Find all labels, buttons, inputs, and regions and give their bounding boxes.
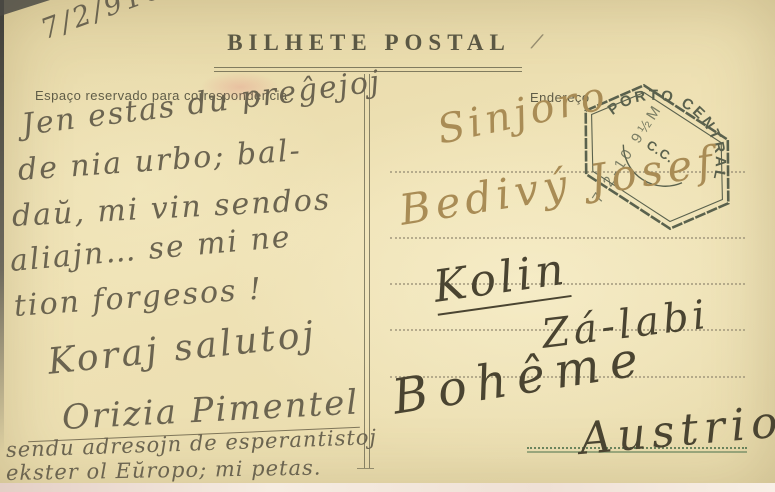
address-city: Kolin: [430, 244, 570, 313]
address-country: Austrio: [578, 396, 775, 465]
address-city-text: Kolin: [430, 244, 571, 316]
message-line: Jen estas du preĝejoj: [20, 64, 383, 143]
center-divider-rule: [364, 74, 370, 468]
message-line: tion forgesos !: [13, 272, 264, 324]
postscript-line: ekster ol Eŭropo; mi petas.: [6, 455, 322, 485]
scan-edge-left: [0, 0, 4, 492]
postcard-back: BILHETE POSTAL Espaço reservado para cor…: [0, 0, 775, 492]
handwritten-date: 7/2/910: [36, 0, 168, 46]
postscript-line: sendu adresojn de esperantistoj: [6, 425, 378, 462]
center-divider-foot: [357, 468, 374, 469]
message-line: de nia urbo; bal-: [17, 133, 303, 188]
stray-pen-mark: /: [531, 28, 543, 53]
scan-edge-bottom: [0, 483, 775, 492]
postcard-title: BILHETE POSTAL: [216, 30, 522, 56]
message-closing: Koraj salutoj: [46, 314, 319, 383]
